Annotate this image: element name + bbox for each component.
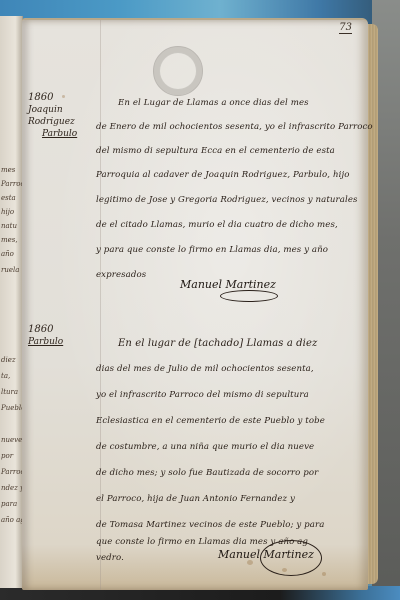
entry-2-line: En el lugar de [tachado] Llamas a diez — [118, 338, 317, 349]
entry-2-line: de Tomasa Martinez vecinos de este Puebl… — [96, 520, 324, 530]
left-page-fragment: Parroco — [1, 468, 23, 476]
left-page-fragment: nueve — [1, 436, 22, 444]
left-page-fragment: para — [1, 500, 17, 508]
left-page-fragment: Pueblo — [1, 404, 23, 412]
left-page-fragment: ta, — [1, 372, 10, 380]
entry-2-line: de costumbre, a una niña que murio el di… — [96, 442, 314, 452]
left-page-fragment: diez — [1, 356, 16, 364]
left-page-fragment: año — [1, 250, 14, 258]
entry-1-line: En el Lugar de Llamas a once dias del me… — [118, 98, 309, 108]
entry-2-year: 1860 — [28, 324, 100, 336]
left-page-fragment: ltura — [1, 388, 18, 396]
signature-flourish-icon — [260, 540, 322, 576]
entry-1-margin-note: 1860 Joaquin Rodriguez Parbulo — [28, 92, 100, 140]
left-page-fragment: mes — [1, 166, 15, 174]
margin-rule — [100, 20, 101, 590]
entry-2-line: vedro. — [96, 553, 124, 563]
entry-1-line: expresados — [96, 270, 146, 280]
entry-1-line: de el citado Llamas, murio el dia cuatro… — [96, 220, 338, 230]
signature-flourish-icon — [220, 290, 278, 302]
entry-2-line: de dicho mes; y solo fue Bautizada de so… — [96, 468, 318, 478]
entry-1-category: Parbulo — [28, 128, 100, 140]
left-facing-page: mes Parroco esta hijo natu mes, año ruel… — [0, 16, 23, 588]
embossed-seal-icon — [153, 46, 203, 96]
left-page-fragment: por — [1, 452, 13, 460]
entry-1-signature: Manuel Martinez — [180, 278, 276, 291]
left-page-fragment: esta — [1, 194, 16, 202]
left-page-fragment: Parroco — [1, 180, 23, 188]
foxing-stain — [322, 572, 326, 576]
entry-2-line: yo el infrascrito Parroco del mismo di s… — [96, 390, 309, 400]
entry-1-line: de Enero de mil ochocientos sesenta, yo … — [96, 122, 373, 132]
left-page-fragment: ruela — [1, 266, 19, 274]
entry-2-line: el Parroco, hija de Juan Antonio Fernand… — [96, 494, 295, 504]
entry-2-category: Parbulo — [28, 336, 100, 348]
entry-1-line: del mismo di sepultura Ecca en el cement… — [96, 146, 335, 156]
folio-number: 73 — [339, 22, 352, 34]
register-page: 73 1860 Joaquin Rodriguez Parbulo En el … — [22, 18, 368, 590]
entry-2-line: Eclesiastica en el cementerio de este Pu… — [96, 416, 325, 426]
left-page-fragment: natu — [1, 222, 17, 230]
entry-1-line: Parroquia al cadaver de Joaquin Rodrigue… — [96, 170, 350, 180]
left-page-fragment: hijo — [1, 208, 14, 216]
left-page-fragment: mes, — [1, 236, 18, 244]
entry-1-line: legitimo de Jose y Gregoria Rodriguez, v… — [96, 195, 358, 205]
entry-1-year: 1860 — [28, 92, 100, 104]
entry-2-line: dias del mes de Julio de mil ochocientos… — [96, 364, 314, 374]
entry-2-margin-note: 1860 Parbulo — [28, 324, 100, 348]
left-page-fragment: año ag — [1, 516, 23, 524]
entry-1-line: y para que conste lo firmo en Llamas dia… — [96, 245, 328, 255]
entry-1-deceased-name: Joaquin Rodriguez — [28, 104, 100, 128]
left-page-fragment: ndez y — [1, 484, 23, 492]
